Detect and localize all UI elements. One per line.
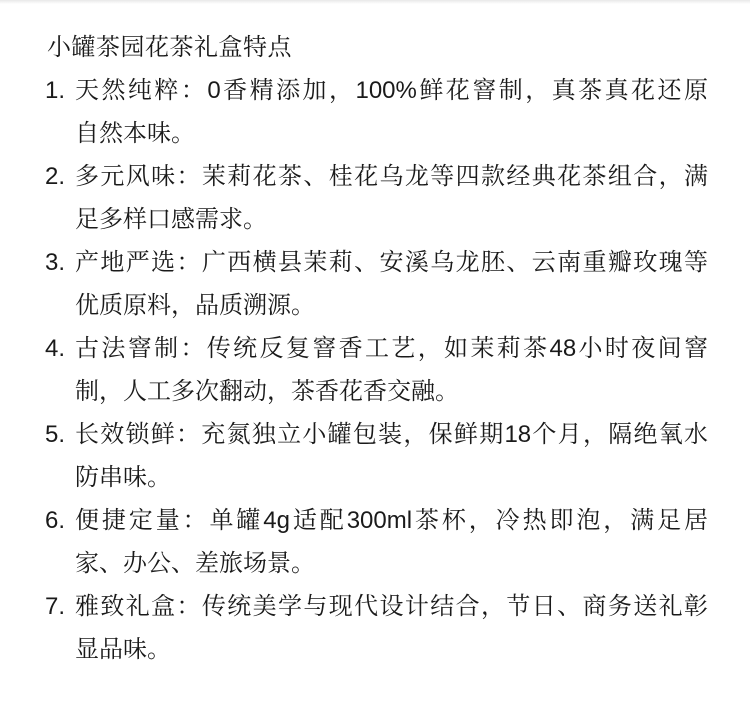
- list-item: 2. 多元风味：茉莉花茶、桂花乌龙等四款经典花茶组合，满足多样口感需求。: [45, 155, 708, 241]
- item-text-line: 天然纯粹：0香精添加，100%鲜花窨制，真茶真花还原: [75, 69, 708, 112]
- item-number: 7.: [45, 585, 75, 628]
- item-text: 多元风味：茉莉花茶、桂花乌龙等四款经典花茶组合，满足多样口感需求。: [75, 155, 708, 241]
- item-text-line: 显品味。: [75, 628, 708, 671]
- item-text-line: 制，人工多次翻动，茶香花香交融。: [75, 370, 708, 413]
- item-number: 2.: [45, 155, 75, 198]
- item-text-line: 优质原料，品质溯源。: [75, 284, 708, 327]
- item-text: 产地严选：广西横县茉莉、安溪乌龙胚、云南重瓣玫瑰等优质原料，品质溯源。: [75, 241, 708, 327]
- item-number: 4.: [45, 327, 75, 370]
- item-text-line: 长效锁鲜：充氮独立小罐包装，保鲜期18个月，隔绝氧水: [75, 413, 708, 456]
- item-number: 1.: [45, 69, 75, 112]
- item-text-line: 便捷定量：单罐4g适配300ml茶杯，冷热即泡，满足居: [75, 499, 708, 542]
- item-number: 6.: [45, 499, 75, 542]
- list-item: 7. 雅致礼盒：传统美学与现代设计结合，节日、商务送礼彰显品味。: [45, 585, 708, 671]
- feature-list: 1. 天然纯粹：0香精添加，100%鲜花窨制，真茶真花还原自然本味。 2. 多元…: [0, 69, 750, 671]
- document: 小罐茶园花茶礼盒特点 1. 天然纯粹：0香精添加，100%鲜花窨制，真茶真花还原…: [0, 0, 750, 671]
- item-text: 雅致礼盒：传统美学与现代设计结合，节日、商务送礼彰显品味。: [75, 585, 708, 671]
- item-text-line: 家、办公、差旅场景。: [75, 542, 708, 585]
- item-number: 5.: [45, 413, 75, 456]
- item-text-line: 足多样口感需求。: [75, 198, 708, 241]
- item-text: 便捷定量：单罐4g适配300ml茶杯，冷热即泡，满足居家、办公、差旅场景。: [75, 499, 708, 585]
- item-text-line: 自然本味。: [75, 112, 708, 155]
- list-item: 6. 便捷定量：单罐4g适配300ml茶杯，冷热即泡，满足居家、办公、差旅场景。: [45, 499, 708, 585]
- item-text-line: 多元风味：茉莉花茶、桂花乌龙等四款经典花茶组合，满: [75, 155, 708, 198]
- list-item: 1. 天然纯粹：0香精添加，100%鲜花窨制，真茶真花还原自然本味。: [45, 69, 708, 155]
- item-text: 天然纯粹：0香精添加，100%鲜花窨制，真茶真花还原自然本味。: [75, 69, 708, 155]
- page-title: 小罐茶园花茶礼盒特点: [47, 26, 710, 69]
- list-item: 4. 古法窨制：传统反复窨香工艺，如茉莉茶48小时夜间窨制，人工多次翻动，茶香花…: [45, 327, 708, 413]
- page: { "page": { "background": "#ffffff", "te…: [0, 0, 750, 721]
- item-text: 长效锁鲜：充氮独立小罐包装，保鲜期18个月，隔绝氧水防串味。: [75, 413, 708, 499]
- list-item: 3. 产地严选：广西横县茉莉、安溪乌龙胚、云南重瓣玫瑰等优质原料，品质溯源。: [45, 241, 708, 327]
- item-text-line: 雅致礼盒：传统美学与现代设计结合，节日、商务送礼彰: [75, 585, 708, 628]
- item-text-line: 古法窨制：传统反复窨香工艺，如茉莉茶48小时夜间窨: [75, 327, 708, 370]
- item-text-line: 防串味。: [75, 456, 708, 499]
- list-item: 5. 长效锁鲜：充氮独立小罐包装，保鲜期18个月，隔绝氧水防串味。: [45, 413, 708, 499]
- item-text-line: 产地严选：广西横县茉莉、安溪乌龙胚、云南重瓣玫瑰等: [75, 241, 708, 284]
- item-number: 3.: [45, 241, 75, 284]
- item-text: 古法窨制：传统反复窨香工艺，如茉莉茶48小时夜间窨制，人工多次翻动，茶香花香交融…: [75, 327, 708, 413]
